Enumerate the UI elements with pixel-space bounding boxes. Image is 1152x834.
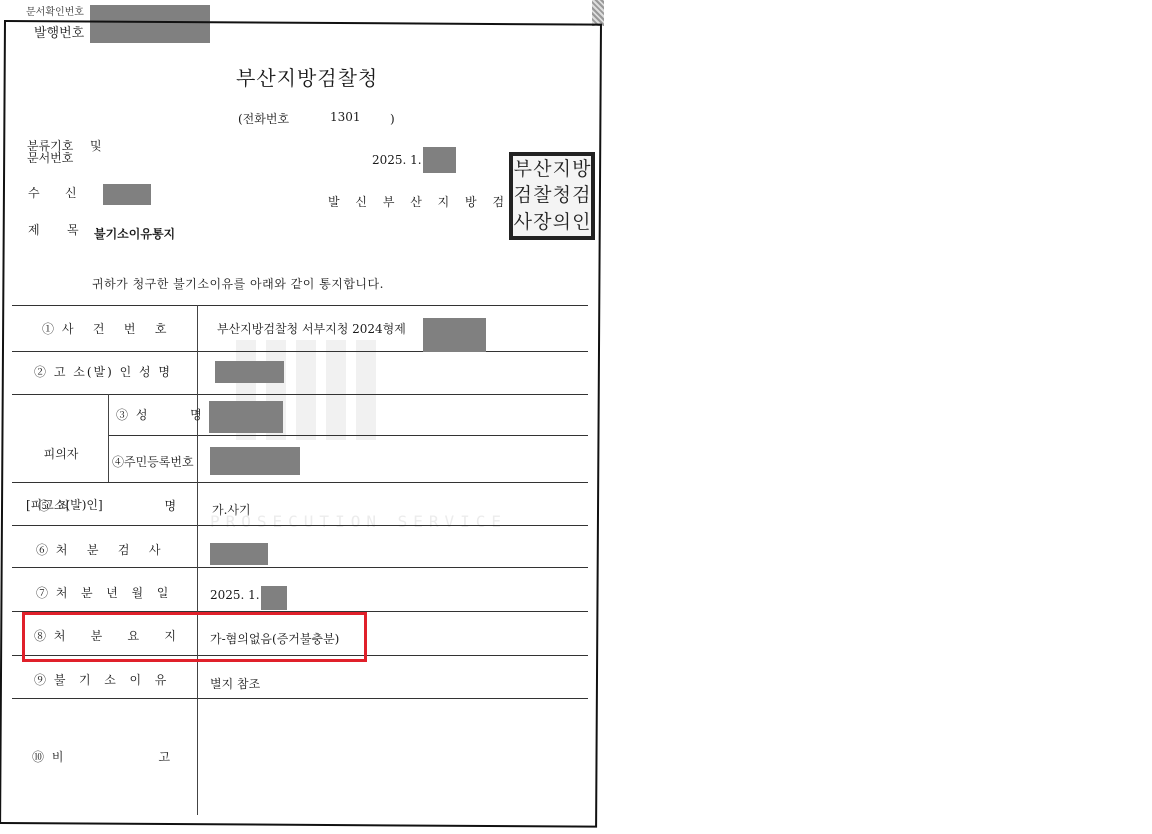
redacted-prosecutor bbox=[210, 543, 268, 565]
redacted-complainant-name bbox=[215, 361, 284, 383]
phone-number: 1301 bbox=[330, 110, 361, 124]
table-row-line bbox=[12, 567, 588, 568]
official-seal: 부 산 지 방 검 찰 청 검 사 장 의 인 bbox=[509, 152, 595, 240]
classification-and: 및 bbox=[90, 140, 102, 152]
notice-text: 귀하가 청구한 불기소이유를 아래와 같이 통지합니다. bbox=[92, 275, 384, 292]
recipient-label-b: 신 bbox=[65, 187, 77, 199]
value-disposition-date: 2025. 1. bbox=[210, 588, 260, 602]
label-charge: ⑤ 죄 명 bbox=[38, 497, 178, 514]
redacted-resident-number bbox=[210, 447, 300, 475]
table-column-divider bbox=[197, 305, 198, 815]
seal-glyph: 의 bbox=[552, 213, 572, 232]
table-row-line bbox=[12, 698, 588, 699]
seal-glyph: 인 bbox=[572, 213, 592, 232]
seal-glyph: 청 bbox=[552, 186, 572, 205]
table-row-line bbox=[108, 435, 588, 436]
table-column-divider bbox=[108, 394, 109, 482]
value-non-indictment-reason: 별지 참조 bbox=[210, 675, 260, 692]
label-suspect-group: 피의자 [피고소(발)인] bbox=[26, 417, 103, 541]
label-prosecutor: ⑥ 처 분 검 사 bbox=[36, 541, 163, 558]
phone-close: ) bbox=[390, 112, 395, 126]
qr-code bbox=[592, 0, 604, 26]
subject-value: 불기소이유통지 bbox=[94, 225, 175, 242]
redacted-disposition-day bbox=[261, 586, 287, 610]
seal-glyph: 방 bbox=[572, 160, 592, 179]
subject-label-a: 제 bbox=[28, 224, 40, 236]
disposition-highlight-box bbox=[22, 612, 367, 662]
seal-glyph: 부 bbox=[513, 160, 533, 179]
seal-glyph: 찰 bbox=[533, 186, 553, 205]
seal-glyph: 산 bbox=[533, 160, 553, 179]
label-case-number: ① 사 건 번 호 bbox=[42, 320, 169, 337]
agency-title: 부산지방검찰청 bbox=[236, 62, 378, 91]
value-case-number: 부산지방검찰청 서부지청 2024형제 bbox=[217, 320, 406, 337]
seal-glyph: 검 bbox=[572, 186, 592, 205]
document-confirm-label: 문서확인번호 bbox=[26, 3, 84, 18]
seal-glyph: 사 bbox=[513, 213, 533, 232]
table-row-line bbox=[12, 305, 588, 306]
suspect-group-line1: 피의자 bbox=[26, 445, 96, 462]
seal-glyph: 검 bbox=[513, 186, 533, 205]
classification-label-line2: 문서번호 bbox=[27, 152, 73, 164]
table-row-line bbox=[12, 351, 588, 352]
label-suspect-name: ③ 성 명 bbox=[116, 406, 204, 423]
recipient-label-a: 수 bbox=[28, 187, 40, 199]
redacted-suspect-name bbox=[209, 401, 283, 433]
label-disposition-date: ⑦ 처 분 년 월 일 bbox=[36, 584, 170, 601]
redacted-recipient bbox=[103, 184, 151, 205]
classification-label: 분류기호 문서번호 bbox=[27, 140, 73, 164]
label-resident-number: ④주민등록번호 bbox=[112, 453, 194, 470]
redacted-date-day bbox=[423, 147, 456, 173]
label-remarks: ⑩ 비 고 bbox=[32, 748, 172, 765]
document-page: 문서확인번호 발행번호 부산지방검찰청 (전화번호 1301 ) 분류기호 문서… bbox=[0, 0, 610, 834]
seal-glyph: 장 bbox=[533, 213, 553, 232]
value-charge: 가.사기 bbox=[212, 501, 251, 518]
label-non-indictment-reason: ⑨ 불 기 소 이 유 bbox=[34, 671, 168, 688]
label-complainant-name: ② 고 소(발) 인 성 명 bbox=[34, 363, 172, 380]
issue-number-label: 발행번호 bbox=[34, 22, 84, 41]
subject-label-b: 목 bbox=[67, 224, 79, 236]
watermark-text: PROSECUTION SERVICE bbox=[210, 512, 507, 531]
redacted-case-number bbox=[423, 318, 486, 352]
sender-line: 발 신 부 산 지 방 검 찰 bbox=[328, 193, 537, 210]
phone-line: (전화번호 1301 ) bbox=[238, 110, 289, 127]
document-date: 2025. 1. bbox=[372, 153, 422, 167]
seal-glyph: 지 bbox=[552, 160, 572, 179]
phone-label: (전화번호 bbox=[238, 112, 289, 126]
table-row-line bbox=[12, 394, 588, 395]
